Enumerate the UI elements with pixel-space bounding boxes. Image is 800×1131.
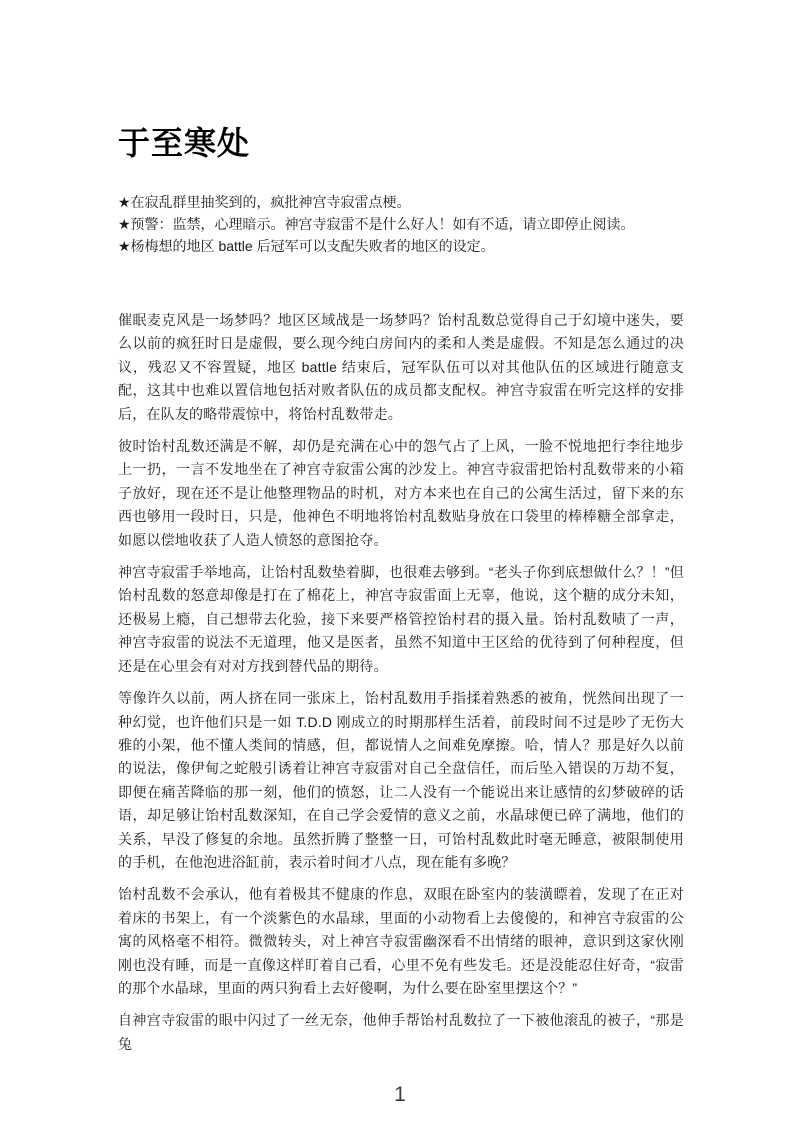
paragraph: 等像许久以前，两人挤在同一张床上，饴村乱数用手指揉着熟悉的被角，恍然间出现了一种… — [118, 687, 684, 874]
author-notes: ★在寂乱群里抽奖到的，疯批神宫寺寂雷点梗。 ★预警：监禁，心理暗示。神宫寺寂雷不… — [118, 191, 684, 257]
note-line: ★预警：监禁，心理暗示。神宫寺寂雷不是什么好人！如有不适，请立即停止阅读。 — [118, 213, 684, 235]
note-line: ★在寂乱群里抽奖到的，疯批神宫寺寂雷点梗。 — [118, 191, 684, 213]
document-content: 于至寒处 ★在寂乱群里抽奖到的，疯批神宫寺寂雷点梗。 ★预警：监禁，心理暗示。神… — [118, 0, 684, 1065]
paragraph: 催眠麦克风是一场梦吗？地区区域战是一场梦吗？饴村乱数总觉得自己于幻境中迷失，要么… — [118, 309, 684, 426]
story-body: 催眠麦克风是一场梦吗？地区区域战是一场梦吗？饴村乱数总觉得自己于幻境中迷失，要么… — [118, 309, 684, 1056]
document-title: 于至寒处 — [118, 0, 684, 163]
paragraph: 自神宫寺寂雷的眼中闪过了一丝无奈，他伸手帮饴村乱数拉了一下被他滚乱的被子，“那是… — [118, 1009, 684, 1056]
paragraph: 饴村乱数不会承认，他有着极其不健康的作息，双眼在卧室内的装潢瞟着，发现了在正对着… — [118, 883, 684, 1000]
note-line: ★杨梅想的地区 battle 后冠军可以支配失败者的地区的设定。 — [118, 235, 684, 257]
paragraph: 彼时饴村乱数还满是不解，却仍是充满在心中的怨气占了上风，一脸不悦地把行李往地步上… — [118, 435, 684, 552]
paragraph: 神宫寺寂雷手举地高，让饴村乱数垫着脚，也很难去够到。“老头子你到底想做什么？！”… — [118, 561, 684, 678]
document-page: 于至寒处 ★在寂乱群里抽奖到的，疯批神宫寺寂雷点梗。 ★预警：监禁，心理暗示。神… — [0, 0, 800, 1131]
page-number: 1 — [0, 1082, 800, 1108]
